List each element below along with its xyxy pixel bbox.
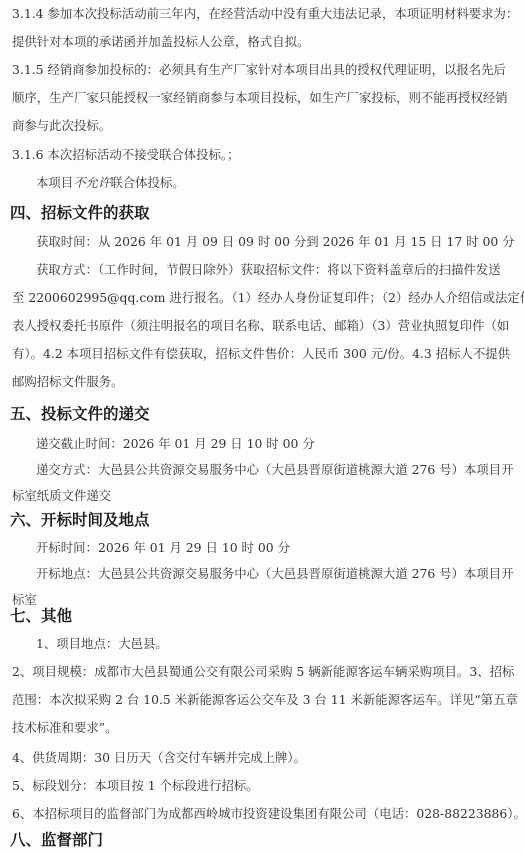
section-6-heading: 六、开标时间及地点 bbox=[10, 510, 518, 530]
section-6-place-line-2: 标室 bbox=[12, 592, 518, 608]
section-7-item-2-line-1: 2、项目规模：成都市大邑县蜀通公交有限公司采购 5 辆新能源客运车辆采购项目。3… bbox=[12, 664, 518, 680]
section-4-method-line-2: 至 2200602995@qq.com 进行报名。（1）经办人身份证复印件；（2… bbox=[12, 290, 518, 306]
section-4-time: 获取时间：从 2026 年 01 月 09 日 09 时 00 分到 2026 … bbox=[36, 234, 518, 250]
section-7-item-4: 4、供货周期：30 日历天（含交付车辆并完成上牌）。 bbox=[12, 750, 518, 766]
section-5-deadline: 递交截止时间：2026 年 01 月 29 日 10 时 00 分 bbox=[36, 436, 518, 452]
section-7-item-2-line-2: 范围：本次拟采购 2 台 10.5 米新能源客运公交车及 3 台 11 米新能源… bbox=[12, 692, 518, 708]
clause-3-1-4-line-1: 3.1.4 参加本次投标活动前三年内，在经营活动中没有重大违法记录，本项证明材料… bbox=[12, 6, 518, 22]
consortium-not-allowed: 不允许 bbox=[73, 175, 110, 190]
section-6-place-line-1: 开标地点：大邑县公共资源交易服务中心（大邑县晋原街道桃源大道 276 号）本项目… bbox=[36, 566, 518, 582]
clause-3-1-6-line-1: 3.1.6 本次招标活动不接受联合体投标。； bbox=[12, 147, 518, 163]
section-7-item-1: 1、项目地点：大邑县。 bbox=[36, 636, 518, 652]
clause-3-1-5-line-1: 3.1.5 经销商参加投标的：必须具有生产厂家针对本项目出具的授权代理证明，以报… bbox=[12, 62, 518, 78]
section-5-method-line-2: 标室纸质文件递交 bbox=[12, 488, 518, 504]
clause-3-1-4-line-2: 提供针对本项的承诺函并加盖投标人公章，格式自拟。 bbox=[12, 34, 518, 50]
section-7-item-5: 5、标段划分：本项目按 1 个标段进行招标。 bbox=[12, 778, 518, 794]
section-4-method-line-5: 邮购招标文件服务。 bbox=[12, 374, 518, 390]
clause-3-1-5-line-2: 顺序，生产厂家只能授权一家经销商参与本项目投标，如生产厂家投标，则不能再授权经销 bbox=[12, 90, 518, 106]
consortium-suffix: 联合体投标。 bbox=[110, 175, 184, 190]
section-8-heading: 八、监督部门 bbox=[10, 830, 103, 850]
clause-3-1-5-line-3: 商参与此次投标。 bbox=[12, 118, 518, 134]
consortium-prefix: 本项目 bbox=[36, 175, 73, 190]
clause-3-1-6-line-2: 本项目不允许联合体投标。 bbox=[36, 175, 518, 191]
section-7-heading: 七、其他 bbox=[10, 606, 72, 626]
document-page: 3.1.4 参加本次投标活动前三年内，在经营活动中没有重大违法记录，本项证明材料… bbox=[0, 0, 524, 854]
section-4-method-line-4: 有）。4.2 本项目招标文件有偿获取，招标文件售价：人民币 300 元/份。4.… bbox=[12, 346, 518, 362]
section-5-method-line-1: 递交方式：大邑县公共资源交易服务中心（大邑县晋原街道桃源大道 276 号）本项目… bbox=[36, 462, 518, 478]
section-6-time: 开标时间：2026 年 01 月 29 日 10 时 00 分 bbox=[36, 540, 518, 556]
section-4-method-line-1: 获取方式：（工作时间，节假日除外）获取招标文件：将以下资料盖章后的扫描件发送 bbox=[36, 262, 518, 278]
section-4-heading: 四、招标文件的获取 bbox=[10, 203, 150, 223]
section-7-item-6: 6、本招标项目的监督部门为成都西岭城市投资建设集团有限公司（电话：028-882… bbox=[12, 806, 518, 822]
section-5-heading: 五、投标文件的递交 bbox=[10, 404, 150, 424]
section-7-item-2-line-3: 技术标准和要求”。 bbox=[12, 720, 518, 736]
section-4-method-line-3: 表人授权委托书原件（须注明报名的项目名称、联系电话、邮箱）（3）营业执照复印件（… bbox=[12, 318, 518, 334]
